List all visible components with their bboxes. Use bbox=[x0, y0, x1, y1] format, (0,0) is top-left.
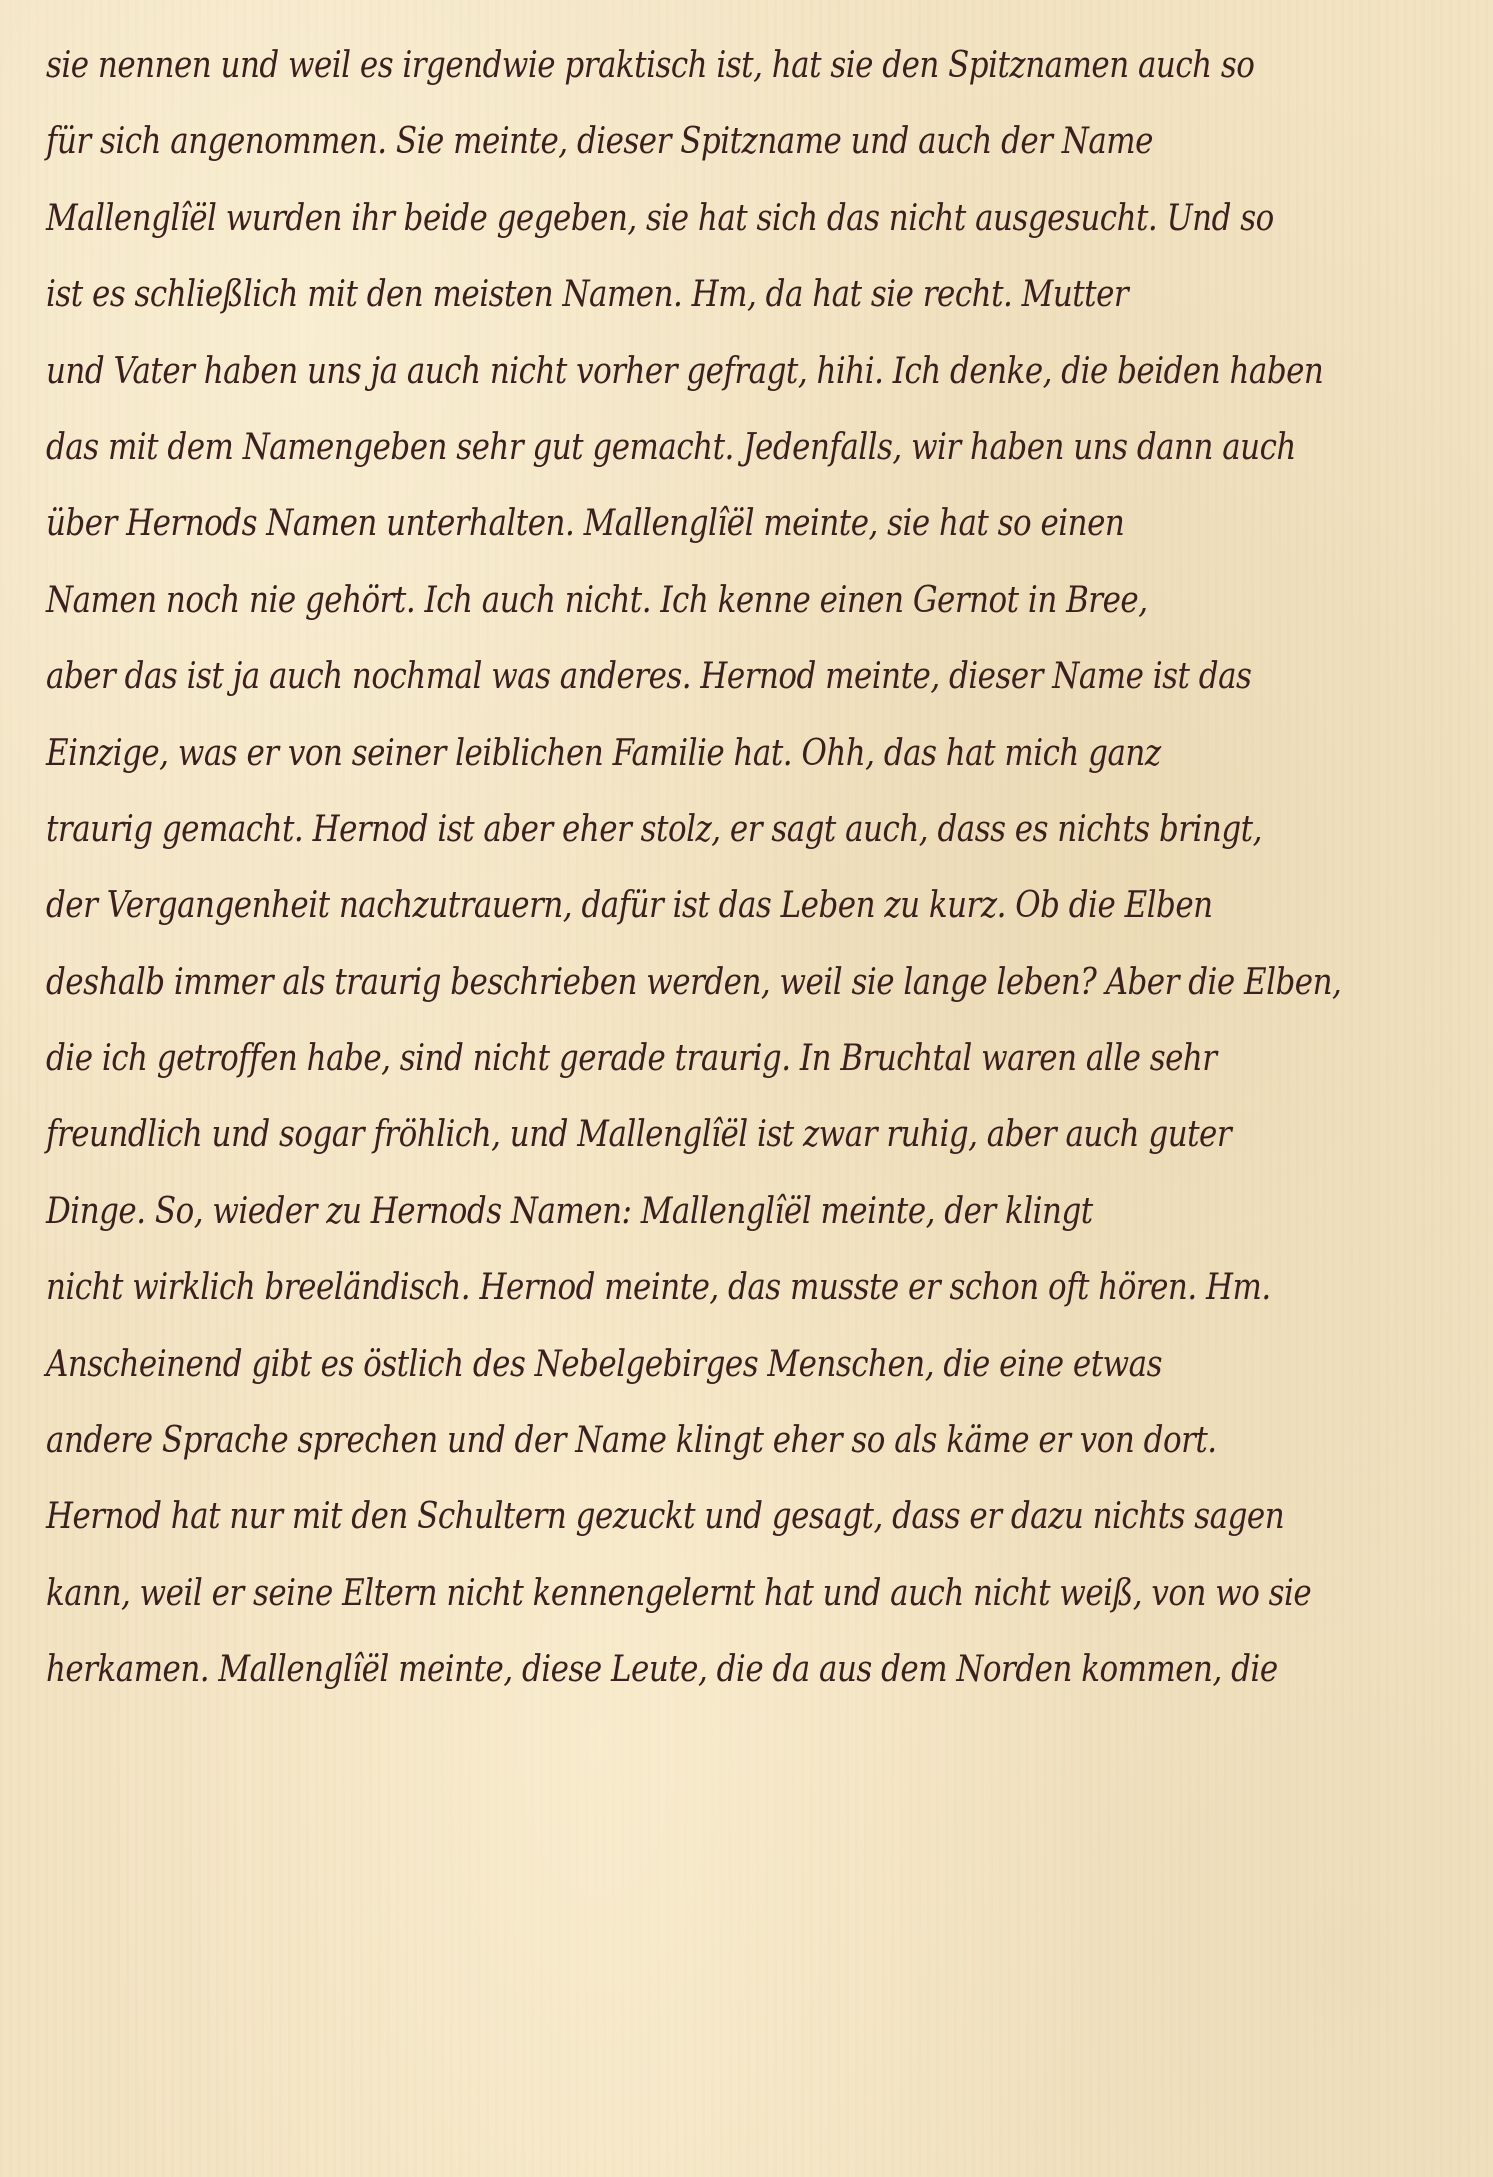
text-line: nicht wirklich breeländisch. Hernod mein… bbox=[46, 1250, 1267, 1326]
text-line: Dinge. So, wieder zu Hernods Namen: Mall… bbox=[46, 1174, 1267, 1250]
text-line: Einzige, was er von seiner leiblichen Fa… bbox=[46, 716, 1267, 792]
text-line: aber das ist ja auch nochmal was anderes… bbox=[46, 639, 1267, 715]
text-line: freundlich und sogar fröhlich, und Malle… bbox=[46, 1097, 1267, 1173]
handwritten-text-block: sie nennen und weil es irgendwie praktis… bbox=[46, 28, 1466, 1709]
text-line: ist es schließlich mit den meisten Namen… bbox=[46, 257, 1267, 333]
text-line: deshalb immer als traurig beschrieben we… bbox=[46, 945, 1267, 1021]
text-line: die ich getroffen habe, sind nicht gerad… bbox=[46, 1021, 1267, 1097]
text-line: traurig gemacht. Hernod ist aber eher st… bbox=[46, 792, 1267, 868]
text-line: sie nennen und weil es irgendwie praktis… bbox=[46, 28, 1267, 104]
text-line: Mallenglîël wurden ihr beide gegeben, si… bbox=[46, 181, 1267, 257]
text-line: Namen noch nie gehört. Ich auch nicht. I… bbox=[46, 563, 1267, 639]
parchment-page: sie nennen und weil es irgendwie praktis… bbox=[0, 0, 1493, 2177]
text-line: kann, weil er seine Eltern nicht kenneng… bbox=[46, 1556, 1267, 1632]
text-line: herkamen. Mallenglîël meinte, diese Leut… bbox=[46, 1632, 1267, 1708]
text-line: Anscheinend gibt es östlich des Nebelgeb… bbox=[46, 1327, 1267, 1403]
text-line: das mit dem Namengeben sehr gut gemacht.… bbox=[46, 410, 1267, 486]
text-line: andere Sprache sprechen und der Name kli… bbox=[46, 1403, 1267, 1479]
text-line: über Hernods Namen unterhalten. Mallengl… bbox=[46, 486, 1267, 562]
text-line: Hernod hat nur mit den Schultern gezuckt… bbox=[46, 1479, 1267, 1555]
text-line: der Vergangenheit nachzutrauern, dafür i… bbox=[46, 868, 1267, 944]
text-line: und Vater haben uns ja auch nicht vorher… bbox=[46, 334, 1267, 410]
text-line: für sich angenommen. Sie meinte, dieser … bbox=[46, 104, 1267, 180]
